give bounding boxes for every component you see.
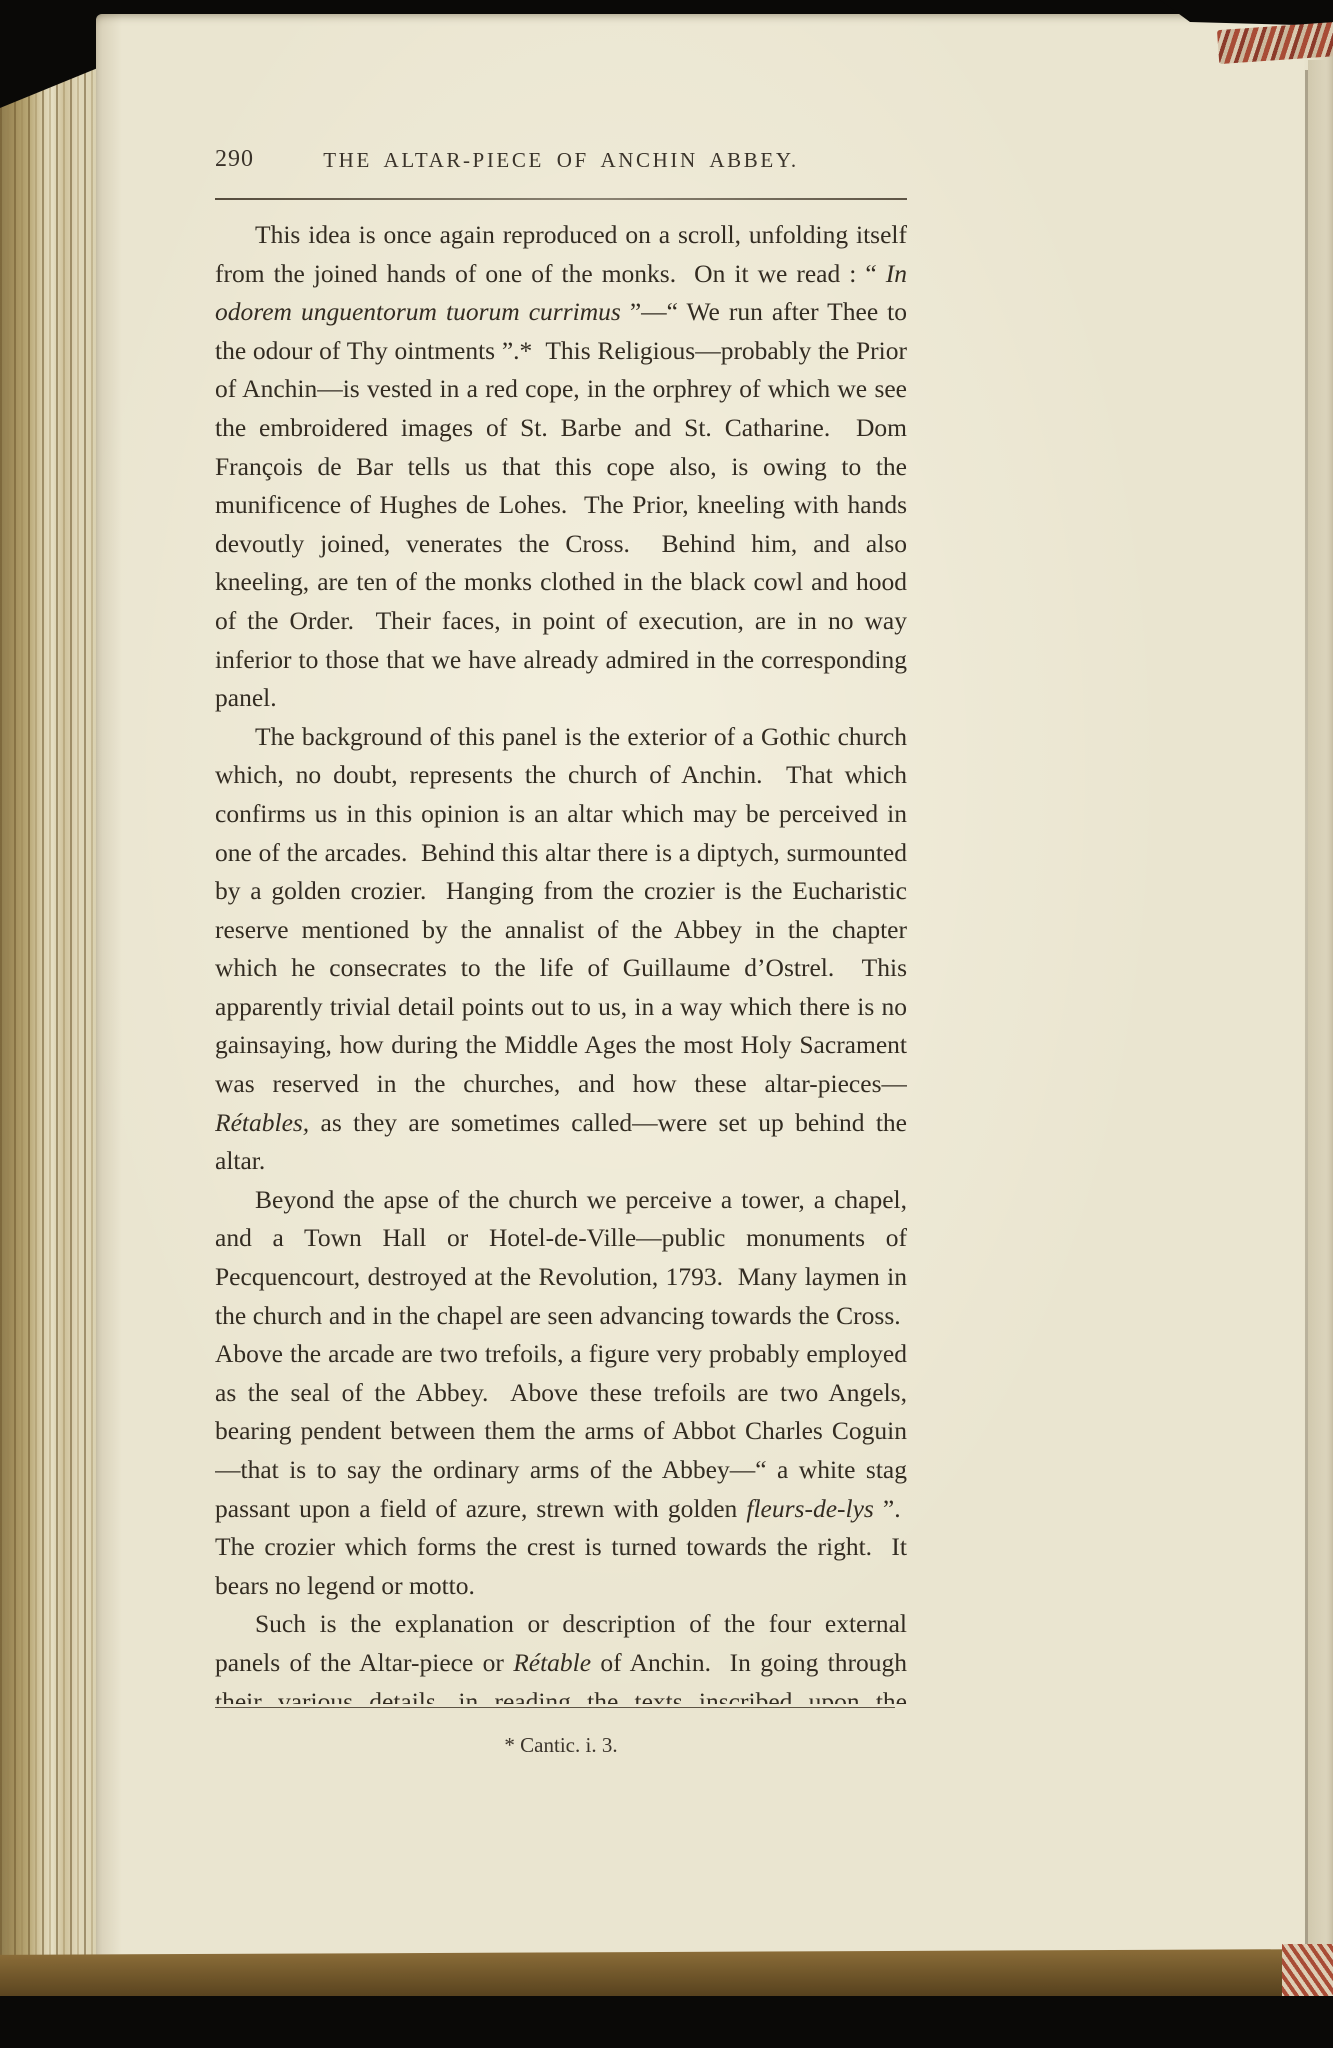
page-crease — [1305, 70, 1308, 1960]
running-title: THE ALTAR-PIECE OF ANCHIN ABBEY. — [215, 148, 907, 173]
page-header: 290 THE ALTAR-PIECE OF ANCHIN ABBEY. — [215, 140, 907, 186]
paragraph: This idea is once again reproduced on a … — [215, 216, 907, 718]
text-run: ”—“ We run after Thee to the odour of Th… — [215, 297, 907, 712]
italic-phrase: fleurs-de-lys — [746, 1494, 873, 1523]
footnote-rule — [215, 1707, 895, 1708]
header-rule — [215, 198, 907, 200]
paragraph: The background of this panel is the exte… — [215, 718, 907, 1181]
footnote: * Cantic. i. 3. — [215, 1733, 907, 1758]
text-run: as they are sometimes called—were set up… — [215, 1108, 907, 1176]
paragraph: Such is the explanation or description o… — [215, 1605, 907, 1704]
book-fore-edge-pages — [0, 22, 100, 1990]
text-run: This idea is once again reproduced on a … — [215, 220, 907, 288]
text-run: Beyond the apse of the church we perceiv… — [215, 1185, 907, 1523]
text-run: The background of this panel is the exte… — [215, 722, 907, 1098]
page-edge-shading — [1308, 60, 1333, 1960]
photographed-book-page: 290 THE ALTAR-PIECE OF ANCHIN ABBEY. Thi… — [0, 0, 1333, 2048]
italic-phrase: Rétable — [513, 1648, 591, 1677]
paragraph: Beyond the apse of the church we perceiv… — [215, 1181, 907, 1606]
body-text: This idea is once again reproduced on a … — [215, 216, 907, 1704]
black-border-bottom — [0, 1996, 1333, 2048]
italic-phrase: Rétables, — [215, 1108, 309, 1137]
